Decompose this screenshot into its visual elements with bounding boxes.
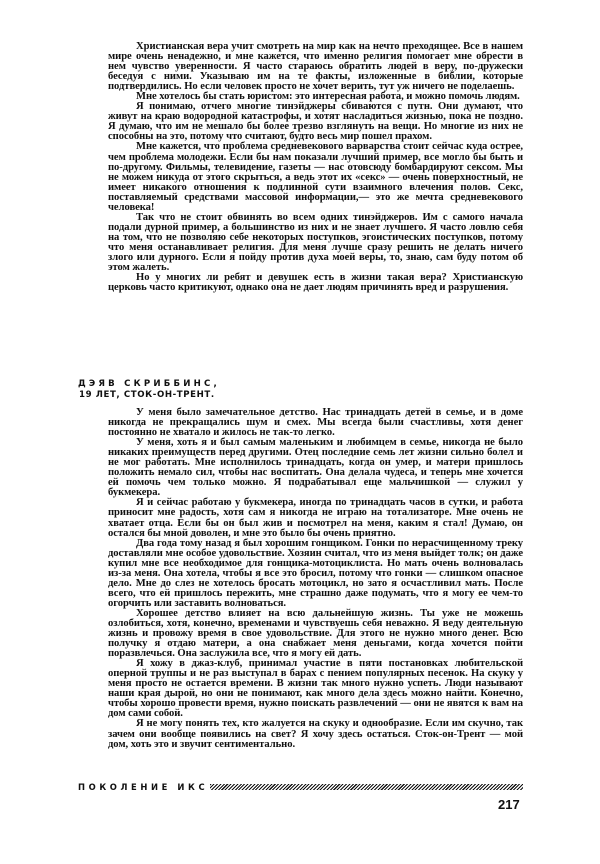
paragraph: Но у многих ли ребят и девушек есть в жи… <box>108 273 523 293</box>
paragraph: У меня, хоть я и был самым маленьким и л… <box>108 438 523 498</box>
running-footer: ПОКОЛЕНИЕ ИКС <box>78 782 523 792</box>
paragraph: Я не могу понять тех, кто жалуется на ск… <box>108 719 523 749</box>
author-byline: ДЭЯВ СКРИББИНС, 19 ЛЕТ, СТОК-ОН-ТРЕНТ. <box>78 379 220 401</box>
paragraph: Мне кажется, что проблема средневекового… <box>108 142 523 212</box>
page-number: 217 <box>498 797 520 812</box>
article-text-bottom: У меня было замечательное детство. Нас т… <box>108 408 523 750</box>
hatched-rule <box>210 784 523 790</box>
paragraph: Хорошее детство влияет на всю дальнейшую… <box>108 609 523 659</box>
paragraph: Я и сейчас работаю у букмекера, иногда п… <box>108 498 523 538</box>
paragraph: Я хожу в джаз-клуб, принимал участие в п… <box>108 659 523 719</box>
running-title: ПОКОЛЕНИЕ ИКС <box>78 782 208 792</box>
paragraph: Два года тому назад я был хорошим гонщик… <box>108 539 523 609</box>
paragraph: Я понимаю, отчего многие тинэйджеры сбив… <box>108 102 523 142</box>
paragraph: У меня было замечательное детство. Нас т… <box>108 408 523 438</box>
paragraph: Христианская вера учит смотреть на мир к… <box>108 42 523 92</box>
paragraph: Так что не стоит обвинять во всем одних … <box>108 213 523 273</box>
author-age-location: 19 ЛЕТ, СТОК-ОН-ТРЕНТ. <box>78 390 220 401</box>
article-text-top: Христианская вера учит смотреть на мир к… <box>108 42 523 293</box>
book-page: Христианская вера учит смотреть на мир к… <box>0 0 600 864</box>
author-name: ДЭЯВ СКРИББИНС, <box>78 379 220 390</box>
